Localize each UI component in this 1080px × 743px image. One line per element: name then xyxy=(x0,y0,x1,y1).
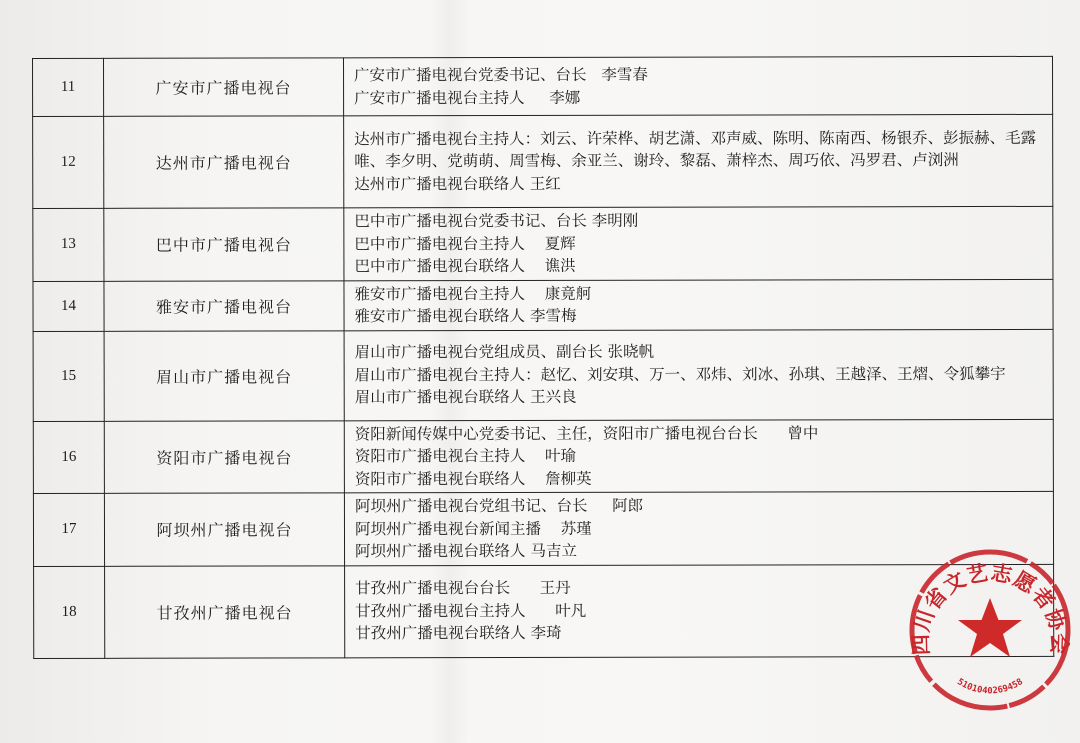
personnel-cell: 眉山市广播电视台党组成员、副台长 张晓帆眉山市广播电视台主持人：赵忆、刘安琪、万… xyxy=(344,329,1053,420)
personnel-line: 资阳市广播电视台联络人 詹柳英 xyxy=(355,466,1045,490)
table-row: 18甘孜州广播电视台甘孜州广播电视台台长 王丹甘孜州广播电视台主持人 叶凡甘孜州… xyxy=(34,564,1054,658)
personnel-line: 雅安市广播电视台主持人 康竟舸 xyxy=(354,281,1044,305)
personnel-line: 广安市广播电视台党委书记、台长 李雪春 xyxy=(354,63,1044,87)
table-row: 14雅安市广播电视台雅安市广播电视台主持人 康竟舸雅安市广播电视台联络人 李雪梅 xyxy=(33,279,1053,331)
personnel-line: 巴中市广播电视台主持人 夏辉 xyxy=(354,231,1044,255)
personnel-line: 阿坝州广播电视台新闻主播 苏瑾 xyxy=(355,516,1045,540)
row-number: 16 xyxy=(33,421,104,494)
personnel-line: 甘孜州广播电视台台长 王丹 xyxy=(355,576,1045,600)
table-row: 12达州市广播电视台达州市广播电视台主持人：刘云、许荣桦、胡艺潇、邓声威、陈明、… xyxy=(33,114,1053,208)
seal-code: 5101040269458 xyxy=(955,677,1025,696)
organization-name: 资阳市广播电视台 xyxy=(104,420,344,493)
row-number: 11 xyxy=(33,58,104,116)
roster-table: 11广安市广播电视台广安市广播电视台党委书记、台长 李雪春广安市广播电视台主持人… xyxy=(32,56,1054,659)
personnel-line: 资阳新闻传媒中心党委书记、主任，资阳市广播电视台台长 曾中 xyxy=(355,421,1045,445)
row-number: 17 xyxy=(33,493,104,566)
personnel-cell: 广安市广播电视台党委书记、台长 李雪春广安市广播电视台主持人 李娜 xyxy=(344,56,1053,115)
row-number: 12 xyxy=(33,116,104,208)
organization-name: 雅安市广播电视台 xyxy=(104,280,344,331)
personnel-line: 巴中市广播电视台党委书记、台长 李明刚 xyxy=(354,209,1044,233)
personnel-cell: 资阳新闻传媒中心党委书记、主任，资阳市广播电视台台长 曾中资阳市广播电视台主持人… xyxy=(344,419,1053,493)
personnel-cell: 阿坝州广播电视台党组书记、台长 阿郎阿坝州广播电视台新闻主播 苏瑾阿坝州广播电视… xyxy=(344,491,1053,565)
personnel-cell: 达州市广播电视台主持人：刘云、许荣桦、胡艺潇、邓声威、陈明、陈南西、杨银乔、彭振… xyxy=(344,114,1053,207)
organization-name: 广安市广播电视台 xyxy=(104,58,344,117)
personnel-line: 达州市广播电视台主持人：刘云、许荣桦、胡艺潇、邓声威、陈明、陈南西、杨银乔、彭振… xyxy=(354,127,1044,173)
personnel-line: 阿坝州广播电视台联络人 马吉立 xyxy=(355,539,1045,563)
organization-name: 达州市广播电视台 xyxy=(104,116,344,209)
row-number: 18 xyxy=(34,566,105,658)
row-number: 14 xyxy=(33,281,104,331)
personnel-line: 眉山市广播电视台主持人：赵忆、刘安琪、万一、邓炜、刘冰、孙琪、王越泽、王熠、令狐… xyxy=(355,363,1045,387)
organization-name: 巴中市广播电视台 xyxy=(104,208,344,281)
row-number: 15 xyxy=(33,331,104,421)
table-row: 11广安市广播电视台广安市广播电视台党委书记、台长 李雪春广安市广播电视台主持人… xyxy=(33,56,1053,116)
personnel-cell: 甘孜州广播电视台台长 王丹甘孜州广播电视台主持人 叶凡甘孜州广播电视台联络人 李… xyxy=(345,564,1054,657)
organization-name: 眉山市广播电视台 xyxy=(104,330,344,421)
personnel-line: 巴中市广播电视台联络人 谯洪 xyxy=(354,254,1044,278)
personnel-line: 阿坝州广播电视台党组书记、台长 阿郎 xyxy=(355,494,1045,518)
personnel-cell: 雅安市广播电视台主持人 康竟舸雅安市广播电视台联络人 李雪梅 xyxy=(344,279,1053,330)
personnel-line: 甘孜州广播电视台主持人 叶凡 xyxy=(355,599,1045,623)
organization-name: 阿坝州广播电视台 xyxy=(104,493,344,566)
table-row: 15眉山市广播电视台眉山市广播电视台党组成员、副台长 张晓帆眉山市广播电视台主持… xyxy=(33,329,1053,421)
personnel-line: 甘孜州广播电视台联络人 李琦 xyxy=(355,621,1045,645)
table-row: 13巴中市广播电视台巴中市广播电视台党委书记、台长 李明刚巴中市广播电视台主持人… xyxy=(33,206,1053,281)
roster-table-body: 11广安市广播电视台广安市广播电视台党委书记、台长 李雪春广安市广播电视台主持人… xyxy=(33,56,1054,658)
organization-name: 甘孜州广播电视台 xyxy=(105,565,345,658)
personnel-line: 眉山市广播电视台党组成员、副台长 张晓帆 xyxy=(355,340,1045,364)
personnel-line: 雅安市广播电视台联络人 李雪梅 xyxy=(355,304,1045,328)
personnel-cell: 巴中市广播电视台党委书记、台长 李明刚巴中市广播电视台主持人 夏辉巴中市广播电视… xyxy=(344,206,1053,280)
personnel-line: 眉山市广播电视台联络人 王兴良 xyxy=(355,385,1045,409)
personnel-line: 达州市广播电视台联络人 王红 xyxy=(354,172,1044,196)
personnel-line: 广安市广播电视台主持人 李娜 xyxy=(354,85,1044,109)
row-number: 13 xyxy=(33,208,104,281)
table-row: 17阿坝州广播电视台阿坝州广播电视台党组书记、台长 阿郎阿坝州广播电视台新闻主播… xyxy=(33,491,1053,566)
personnel-line: 资阳市广播电视台主持人 叶瑜 xyxy=(355,444,1045,468)
table-row: 16资阳市广播电视台资阳新闻传媒中心党委书记、主任，资阳市广播电视台台长 曾中资… xyxy=(33,419,1053,494)
